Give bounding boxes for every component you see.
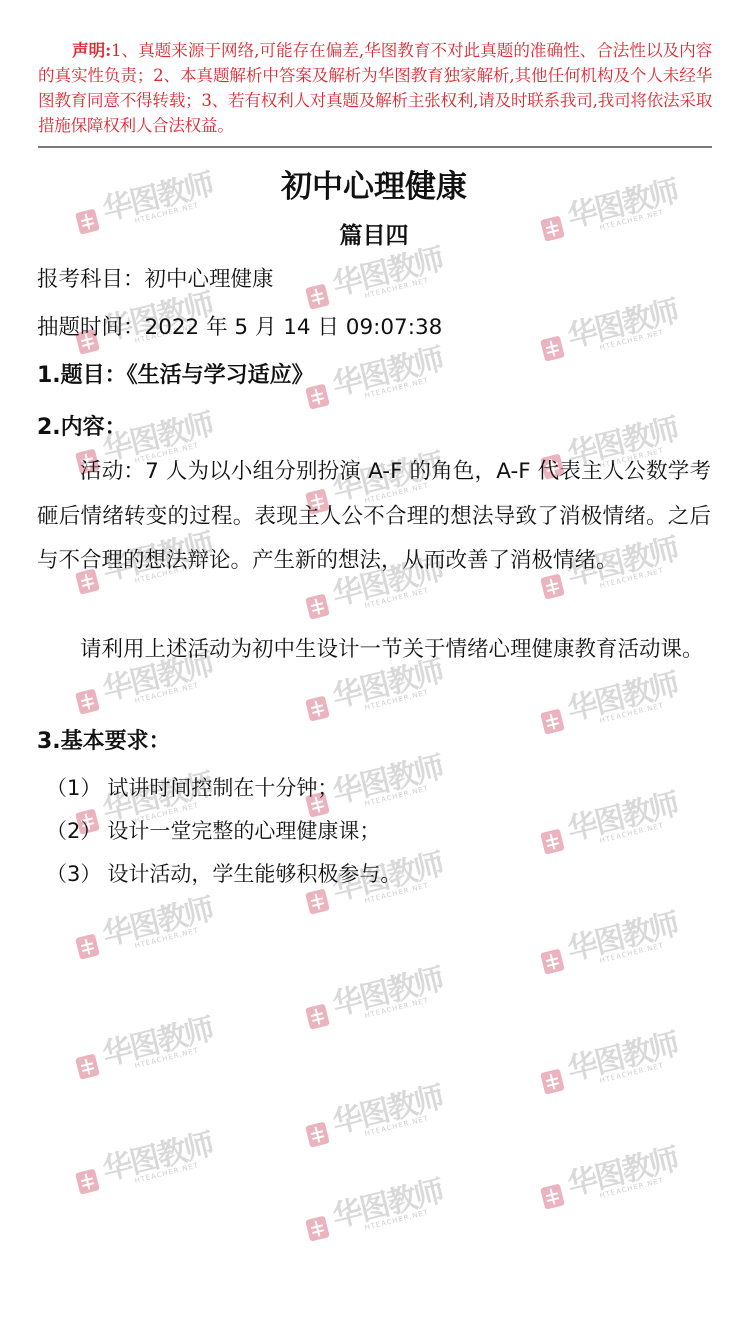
subject-value: 初中心理健康 bbox=[145, 267, 274, 292]
requirement-text: 设计活动，学生能够积极参与。 bbox=[107, 862, 401, 886]
requirement-number: （1） bbox=[46, 773, 101, 803]
requirement-number: （2） bbox=[46, 816, 101, 846]
header-divider bbox=[38, 146, 712, 148]
requirement-item: （2）设计一堂完整的心理健康课； bbox=[46, 816, 380, 846]
requirement-text: 设计一堂完整的心理健康课； bbox=[107, 819, 380, 843]
requirements-heading: 3.基本要求： bbox=[37, 727, 171, 757]
subject-label: 报考科目： bbox=[37, 267, 145, 292]
requirement-item: （1）试讲时间控制在十分钟； bbox=[46, 773, 338, 803]
document-title: 初中心理健康 bbox=[0, 166, 748, 208]
disclaimer: 声明:1、真题来源于网络,可能存在偏差,华图教育不对此真题的准确性、合法性以及内… bbox=[38, 38, 712, 138]
requirement-item: （3）设计活动，学生能够积极参与。 bbox=[46, 859, 401, 889]
requirement-text: 试讲时间控制在十分钟； bbox=[107, 776, 338, 800]
document-page: 华图教师HTEACHER.NET华图教师HTEACHER.NET华图教师HTEA… bbox=[0, 0, 748, 1335]
document-content: 声明:1、真题来源于网络,可能存在偏差,华图教育不对此真题的准确性、合法性以及内… bbox=[0, 0, 748, 1335]
subject-line: 报考科目：初中心理健康 bbox=[37, 265, 274, 295]
topic-heading: 1.题目：《生活与学习适应》 bbox=[37, 361, 314, 391]
document-subtitle: 篇目四 bbox=[0, 220, 748, 252]
content-heading: 2.内容： bbox=[37, 413, 127, 443]
requirement-number: （3） bbox=[46, 859, 101, 889]
content-paragraph-task: 请利用上述活动为初中生设计一节关于情绪心理健康教育活动课。 bbox=[37, 628, 711, 673]
disclaimer-text: 1、真题来源于网络,可能存在偏差,华图教育不对此真题的准确性、合法性以及内容的真… bbox=[38, 41, 712, 135]
time-label: 抽题时间： bbox=[37, 315, 145, 340]
content-paragraph-activity: 活动：7 人为以小组分别扮演 A-F 的角色，A-F 代表主人公数学考砸后情绪转… bbox=[37, 450, 711, 584]
time-value: 2022 年 5 月 14 日 09:07:38 bbox=[145, 315, 443, 340]
time-line: 抽题时间：2022 年 5 月 14 日 09:07:38 bbox=[37, 313, 442, 343]
disclaimer-lead: 声明: bbox=[72, 40, 111, 60]
